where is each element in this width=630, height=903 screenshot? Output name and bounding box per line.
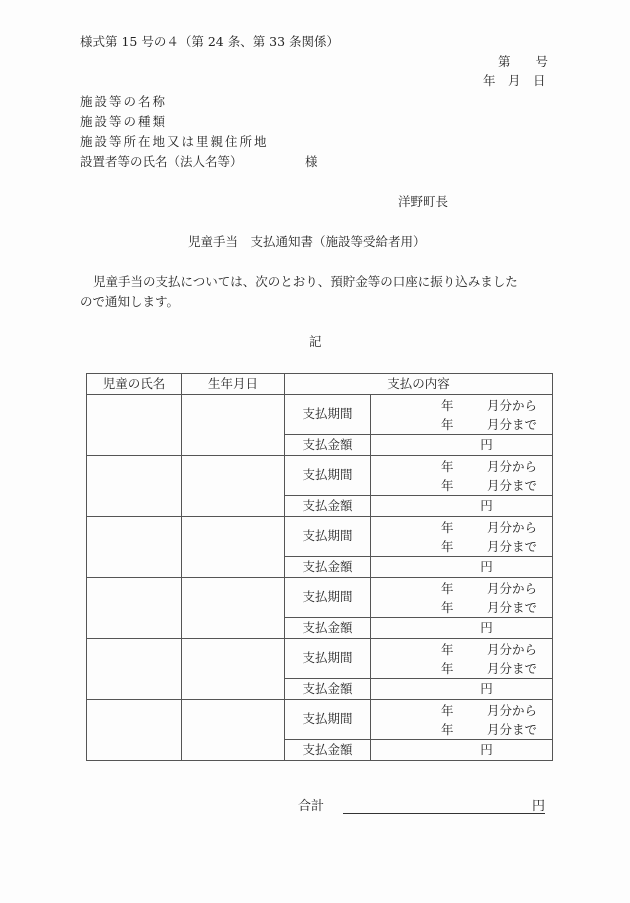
table-row: 支払期間年月分から年月分まで — [87, 578, 553, 618]
total-amount-field[interactable] — [343, 813, 545, 814]
period-label: 支払期間 — [285, 456, 371, 496]
from-year: 年 — [441, 644, 487, 657]
facility-name-label: 施設等の名称 — [80, 96, 167, 109]
birth-date-cell[interactable] — [182, 639, 285, 700]
table-header-row: 児童の氏名 生年月日 支払の内容 — [87, 374, 553, 395]
from-month: 月分から — [487, 703, 537, 718]
from-month: 月分から — [487, 459, 537, 474]
table-row: 支払期間年月分から年月分まで — [87, 456, 553, 496]
from-year: 年 — [441, 522, 487, 535]
to-year: 年 — [441, 663, 487, 676]
birth-date-cell[interactable] — [182, 395, 285, 456]
to-year: 年 — [441, 724, 487, 737]
amount-label: 支払金額 — [285, 740, 371, 761]
form-id: 様式第 15 号の４（第 24 条、第 33 条関係） — [80, 36, 339, 49]
table-row: 支払期間年月分から年月分まで — [87, 395, 553, 435]
to-month: 月分まで — [487, 722, 537, 737]
period-label: 支払期間 — [285, 639, 371, 679]
birth-date-cell[interactable] — [182, 700, 285, 761]
to-month: 月分まで — [487, 478, 537, 493]
period-cell[interactable]: 年月分から年月分まで — [371, 578, 553, 618]
table-row: 支払期間年月分から年月分まで — [87, 700, 553, 740]
body-text-line2: ので通知します。 — [80, 296, 179, 309]
period-label: 支払期間 — [285, 395, 371, 435]
period-cell[interactable]: 年月分から年月分まで — [371, 517, 553, 557]
from-month: 月分から — [487, 581, 537, 596]
amount-cell[interactable]: 円 — [371, 618, 553, 639]
amount-label: 支払金額 — [285, 679, 371, 700]
facility-type-label: 施設等の種類 — [80, 116, 167, 129]
from-year: 年 — [441, 400, 487, 413]
amount-cell[interactable]: 円 — [371, 679, 553, 700]
period-cell[interactable]: 年月分から年月分まで — [371, 700, 553, 740]
birth-date-cell[interactable] — [182, 456, 285, 517]
to-month: 月分まで — [487, 661, 537, 676]
amount-cell[interactable]: 円 — [371, 435, 553, 456]
to-year: 年 — [441, 480, 487, 493]
birth-date-cell[interactable] — [182, 517, 285, 578]
amount-cell[interactable]: 円 — [371, 496, 553, 517]
period-label: 支払期間 — [285, 517, 371, 557]
from-year: 年 — [441, 705, 487, 718]
period-label: 支払期間 — [285, 578, 371, 618]
from-month: 月分から — [487, 520, 537, 535]
to-month: 月分まで — [487, 539, 537, 554]
honorific: 様 — [305, 156, 318, 169]
to-year: 年 — [441, 541, 487, 554]
period-cell[interactable]: 年月分から年月分まで — [371, 395, 553, 435]
period-cell[interactable]: 年月分から年月分まで — [371, 639, 553, 679]
amount-label: 支払金額 — [285, 435, 371, 456]
amount-label: 支払金額 — [285, 618, 371, 639]
period-cell[interactable]: 年月分から年月分まで — [371, 456, 553, 496]
child-name-cell[interactable] — [87, 395, 182, 456]
child-name-cell[interactable] — [87, 517, 182, 578]
to-year: 年 — [441, 419, 487, 432]
issuer: 洋野町長 — [398, 196, 448, 209]
payment-table: 児童の氏名 生年月日 支払の内容 支払期間年月分から年月分まで支払金額円支払期間… — [86, 373, 553, 761]
from-year: 年 — [441, 461, 487, 474]
child-name-cell[interactable] — [87, 456, 182, 517]
child-name-cell[interactable] — [87, 700, 182, 761]
document-date: 年 月 日 — [483, 75, 546, 88]
from-year: 年 — [441, 583, 487, 596]
table-row: 支払期間年月分から年月分まで — [87, 639, 553, 679]
period-label: 支払期間 — [285, 700, 371, 740]
from-month: 月分から — [487, 642, 537, 657]
amount-cell[interactable]: 円 — [371, 557, 553, 578]
header-payment-details: 支払の内容 — [285, 374, 553, 395]
amount-label: 支払金額 — [285, 557, 371, 578]
to-month: 月分まで — [487, 600, 537, 615]
child-name-cell[interactable] — [87, 578, 182, 639]
document-number: 第 号 — [498, 56, 548, 69]
to-year: 年 — [441, 602, 487, 615]
from-month: 月分から — [487, 398, 537, 413]
to-month: 月分まで — [487, 417, 537, 432]
birth-date-cell[interactable] — [182, 578, 285, 639]
document-title: 児童手当 支払通知書（施設等受給者用） — [188, 236, 426, 249]
table-row: 支払期間年月分から年月分まで — [87, 517, 553, 557]
body-text-line1: 児童手当の支払については、次のとおり、預貯金等の口座に振り込みました — [93, 276, 518, 289]
header-child-name: 児童の氏名 — [87, 374, 182, 395]
child-name-cell[interactable] — [87, 639, 182, 700]
ki-heading: 記 — [309, 336, 322, 349]
facility-address-label: 施設等所在地又は里親住所地 — [80, 136, 269, 149]
total-unit: 円 — [532, 800, 545, 813]
amount-cell[interactable]: 円 — [371, 740, 553, 761]
amount-label: 支払金額 — [285, 496, 371, 517]
header-birth-date: 生年月日 — [182, 374, 285, 395]
total-label: 合計 — [298, 800, 324, 813]
founder-name-label: 設置者等の氏名（法人名等） — [80, 156, 243, 169]
